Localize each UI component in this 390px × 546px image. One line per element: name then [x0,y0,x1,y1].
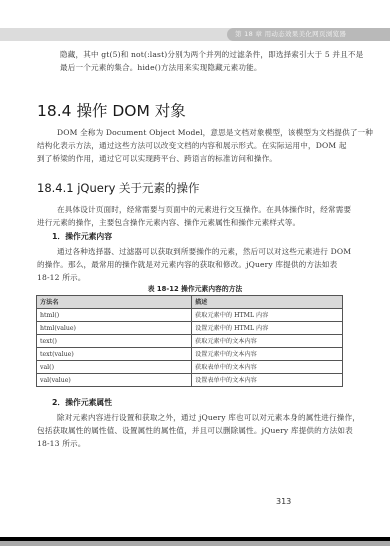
subsection-paragraph-line-1: 在具体设计页面时，经常需要与页面中的元素进行交互操作。在具体操作时，经常需要 [57,203,351,216]
section-paragraph-line-2: 结构化表示方法，通过这些方法可以改变文档的内容和展示形式。在实际运用中，DOM … [37,139,347,152]
subsection-paragraph-line-2: 进行元素的操作，主要包含操作元素内容、操作元素属性和操作元素样式等。 [37,216,300,229]
item1-paragraph-line-1: 通过各种选择器、过滤器可以获取到所要操作的元素，然后可以对这些元素进行 DOM [57,245,351,258]
intro-line-2: 最后一个元素的集合。hide()方法用来实现隐藏元素功能。 [60,61,262,74]
description-cell: 获取表单中的文本内容 [192,361,343,374]
table-row: html() 获取元素中的 HTML 内容 [37,309,343,322]
description-cell: 设置元素中的文本内容 [192,348,343,361]
table-caption: 表 18-12 操作元素内容的方法 [0,283,390,293]
chapter-header-tab: 第 18 章 用动态效果美化网页浏览器 [227,28,390,41]
intro-line-1: 隐藏，其中 gt(5)和 not(:last)分别为两个并列的过滤条件，即选择索… [60,48,363,61]
method-cell: val() [37,361,192,374]
methods-table: 方法名 描述 html() 获取元素中的 HTML 内容 html(value)… [36,295,343,387]
item2-paragraph-line-2: 包括获取属性的属性值、设置属性的属性值，并且可以删除属性。jQuery 库提供的… [37,424,353,437]
method-cell: val(value) [37,374,192,387]
item2-paragraph-line-1: 除对元素内容进行设置和获取之外，通过 jQuery 库也可以对元素本身的属性进行… [57,411,360,424]
section-paragraph-line-3: 到了桥梁的作用，通过它可以实现跨平台、跨语言的标准访问和操作。 [37,152,277,165]
table-row: val() 获取表单中的文本内容 [37,361,343,374]
subsection-title: 18.4.1 jQuery 关于元素的操作 [37,180,200,196]
item2-heading: 2．操作元素属性 [52,397,112,408]
table-row: val(value) 设置表单中的文本内容 [37,374,343,387]
item2-paragraph-line-3: 18-13 所示。 [37,437,85,450]
table-row: text(value) 设置元素中的文本内容 [37,348,343,361]
description-cell: 设置表单中的文本内容 [192,374,343,387]
method-cell: html(value) [37,322,192,335]
section-paragraph-line-1: DOM 全称为 Document Object Model，意思是文档对象模型，… [57,126,373,139]
table-row: text() 获取元素中的文本内容 [37,335,343,348]
section-title: 18.4 操作 DOM 对象 [37,99,186,121]
method-cell: text(value) [37,348,192,361]
column-header-description: 描述 [192,296,343,309]
method-cell: html() [37,309,192,322]
item1-heading: 1．操作元素内容 [52,231,112,242]
table-header-row: 方法名 描述 [37,296,343,309]
description-cell: 获取元素中的 HTML 内容 [192,309,343,322]
table-row: html(value) 设置元素中的 HTML 内容 [37,322,343,335]
item1-paragraph-line-2: 的操作。那么，最常用的操作就是对元素内容的获取和修改。jQuery 库提供的方法… [37,258,337,271]
bottom-edge-gray [0,541,390,546]
description-cell: 获取元素中的文本内容 [192,335,343,348]
method-cell: text() [37,335,192,348]
column-header-method: 方法名 [37,296,192,309]
description-cell: 设置元素中的 HTML 内容 [192,322,343,335]
page-number: 313 [0,497,390,506]
